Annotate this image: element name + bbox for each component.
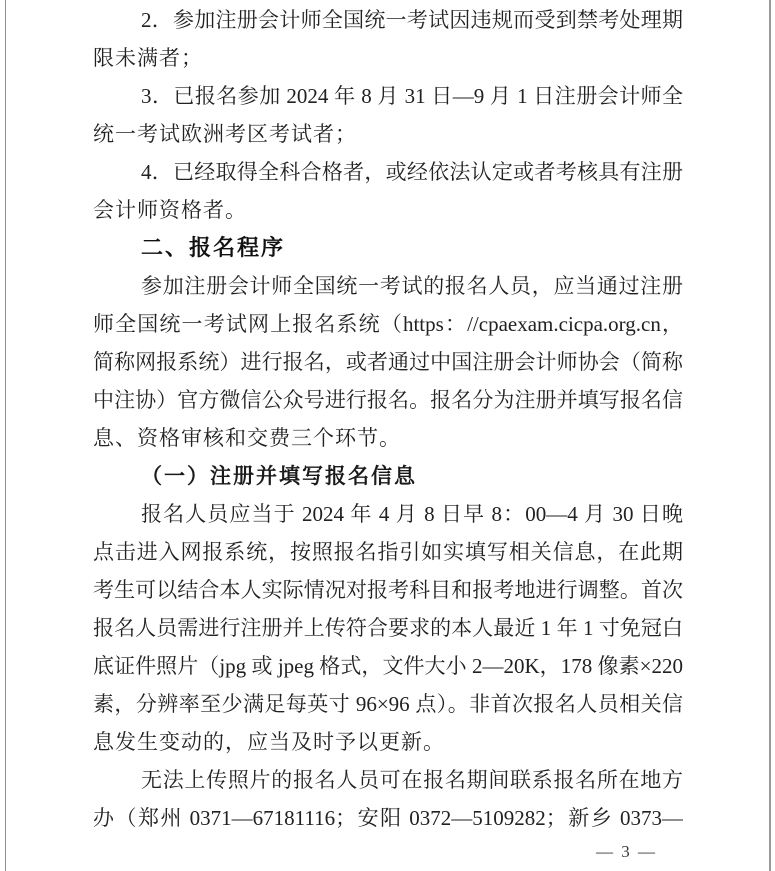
document-text-line: 会计师资格者。 [93, 191, 683, 229]
document-text-line: 4．已经取得全科合格者，或经依法认定或者考核具有注册 [93, 153, 683, 191]
document-text-line: 点击进入网报系统，按照报名指引如实填写相关信息，在此期间， [93, 533, 683, 571]
subsection-heading: （一）注册并填写报名信息 [93, 457, 683, 495]
document-text-line: 办（郑州 0371—67181116；安阳 0372—5109282；新乡 03… [93, 799, 683, 837]
document-text-line: 息、资格审核和交费三个环节。 [93, 419, 683, 457]
document-text-line: 参加注册会计师全国统一考试的报名人员，应当通过注册会计 [93, 267, 683, 305]
document-text-line: 2．参加注册会计师全国统一考试因违规而受到禁考处理期 [93, 1, 683, 39]
document-content: 2．参加注册会计师全国统一考试因违规而受到禁考处理期限未满者；3．已报名参加 2… [93, 1, 683, 837]
page-left-edge-line [5, 0, 6, 871]
document-text-line: 无法上传照片的报名人员可在报名期间联系报名所在地方考 [93, 761, 683, 799]
document-page: 2．参加注册会计师全国统一考试因违规而受到禁考处理期限未满者；3．已报名参加 2… [0, 0, 775, 871]
document-text-line: 统一考试欧洲考区考试者； [93, 115, 683, 153]
document-text-line: 素，分辨率至少满足每英寸 96×96 点）。非首次报名人员相关信 [93, 685, 683, 723]
document-text-line: 3．已报名参加 2024 年 8 月 31 日—9 月 1 日注册会计师全国 [93, 77, 683, 115]
document-text-line: 底证件照片（jpg 或 jpeg 格式，文件大小 2—20K，178 像素×22… [93, 647, 683, 685]
document-text-line: 限未满者； [93, 39, 683, 77]
section-heading: 二、报名程序 [93, 229, 683, 267]
document-text-line: 中注协）官方微信公众号进行报名。报名分为注册并填写报名信 [93, 381, 683, 419]
page-right-edge-line [769, 0, 771, 871]
document-text-line: 简称网报系统）进行报名，或者通过中国注册会计师协会（简称 [93, 343, 683, 381]
document-text-line: 息发生变动的，应当及时予以更新。 [93, 723, 683, 761]
document-text-line: 师全国统一考试网上报名系统（https：//cpaexam.cicpa.org.… [93, 305, 683, 343]
page-number: — 3 — [596, 839, 657, 865]
document-text-line: 报名人员应当于 2024 年 4 月 8 日早 8：00—4 月 30 日晚 8… [93, 495, 683, 533]
document-text-line: 考生可以结合本人实际情况对报考科目和报考地进行调整。首次 [93, 571, 683, 609]
document-text-line: 报名人员需进行注册并上传符合要求的本人最近 1 年 1 寸免冠白 [93, 609, 683, 647]
